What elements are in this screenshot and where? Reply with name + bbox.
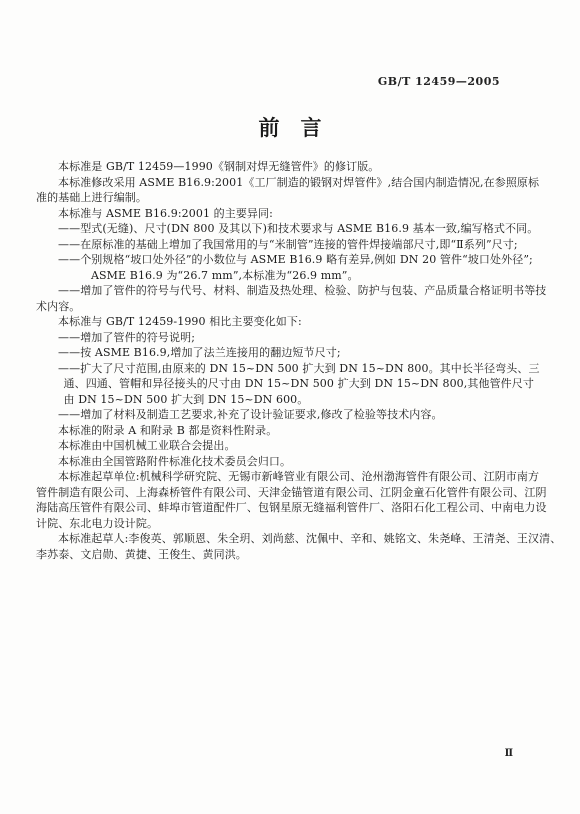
text-line: 本标准与 ASME B16.9:2001 的主要异同: — [36, 206, 548, 222]
text-line: ——在原标准的基础上增加了我国常用的与“米制管”连接的管件焊接端部尺寸,即“Ⅱ系… — [36, 237, 548, 253]
text-line: 本标准修改采用 ASME B16.9:2001《工厂制造的锻钢对焊管件》,结合国… — [36, 175, 548, 191]
text-line: ——个别规格“坡口处外径”的小数位与 ASME B16.9 略有差异,例如 DN… — [36, 252, 548, 268]
text-line: ——增加了管件的符号说明; — [36, 330, 548, 346]
text-line: ——增加了管件的符号与代号、材料、制造及热处理、检验、防护与包装、产品质量合格证… — [36, 283, 548, 299]
text-line: 本标准起草人:李俊英、郭顺恩、朱全玥、刘尚慈、沈佩中、辛和、姚铭文、朱尧峰、王清… — [36, 531, 548, 547]
text-line: 术内容。 — [36, 299, 548, 315]
text-line: 本标准由中国机械工业联合会提出。 — [36, 438, 548, 454]
text-line: 海陆高压管件有限公司、蚌埠市管道配件厂、包钢星原无缝福利管件厂、洛阳石化工程公司… — [36, 500, 548, 516]
text-line: 本标准与 GB/T 12459-1990 相比主要变化如下: — [36, 314, 548, 330]
text-line: 本标准的附录 A 和附录 B 都是资料性附录。 — [36, 423, 548, 439]
text-line: 由 DN 15~DN 500 扩大到 DN 15~DN 600。 — [36, 392, 548, 408]
text-line: ——增加了材料及制造工艺要求,补充了设计验证要求,修改了检验等技术内容。 — [36, 407, 548, 423]
document-header: GB/T 12459—2005 — [378, 75, 500, 88]
text-line: 本标准起草单位:机械科学研究院、无锡市新峰管业有限公司、沧州渤海管件有限公司、江… — [36, 469, 548, 485]
text-line: ——型式(无缝)、尺寸(DN 800 及其以下)和技术要求与 ASME B16.… — [36, 221, 548, 237]
text-line: 李苏泰、文启勋、黄捷、王俊生、黄同洪。 — [36, 547, 548, 563]
text-line: 本标准是 GB/T 12459—1990《钢制对焊无缝管件》的修订版。 — [36, 159, 548, 175]
text-line: ——按 ASME B16.9,增加了法兰连接用的翻边短节尺寸; — [36, 345, 548, 361]
document-page: GB/T 12459—2005 前 言 本标准是 GB/T 12459—1990… — [0, 0, 580, 814]
text-line: 管件制造有限公司、上海森桥管件有限公司、天津金锚管道有限公司、江阴金童石化管件有… — [36, 485, 548, 501]
page-title: 前 言 — [0, 112, 580, 142]
text-line: ——扩大了尺寸范围,由原来的 DN 15~DN 500 扩大到 DN 15~DN… — [36, 361, 548, 377]
text-line: 准的基础上进行编制。 — [36, 190, 548, 206]
text-line: 通、四通、管帽和异径接头的尺寸由 DN 15~DN 500 扩大到 DN 15~… — [36, 376, 548, 392]
text-line: ASME B16.9 为“26.7 mm”,本标准为“26.9 mm”。 — [36, 268, 548, 284]
standard-number: GB/T 12459—2005 — [378, 75, 500, 88]
text-line: 本标准由全国管路附件标准化技术委员会归口。 — [36, 454, 548, 470]
text-line: 计院、东北电力设计院。 — [36, 516, 548, 532]
page-number: Ⅱ — [505, 748, 513, 759]
document-footer: Ⅱ — [505, 748, 513, 759]
document-body: 本标准是 GB/T 12459—1990《钢制对焊无缝管件》的修订版。本标准修改… — [36, 159, 548, 562]
